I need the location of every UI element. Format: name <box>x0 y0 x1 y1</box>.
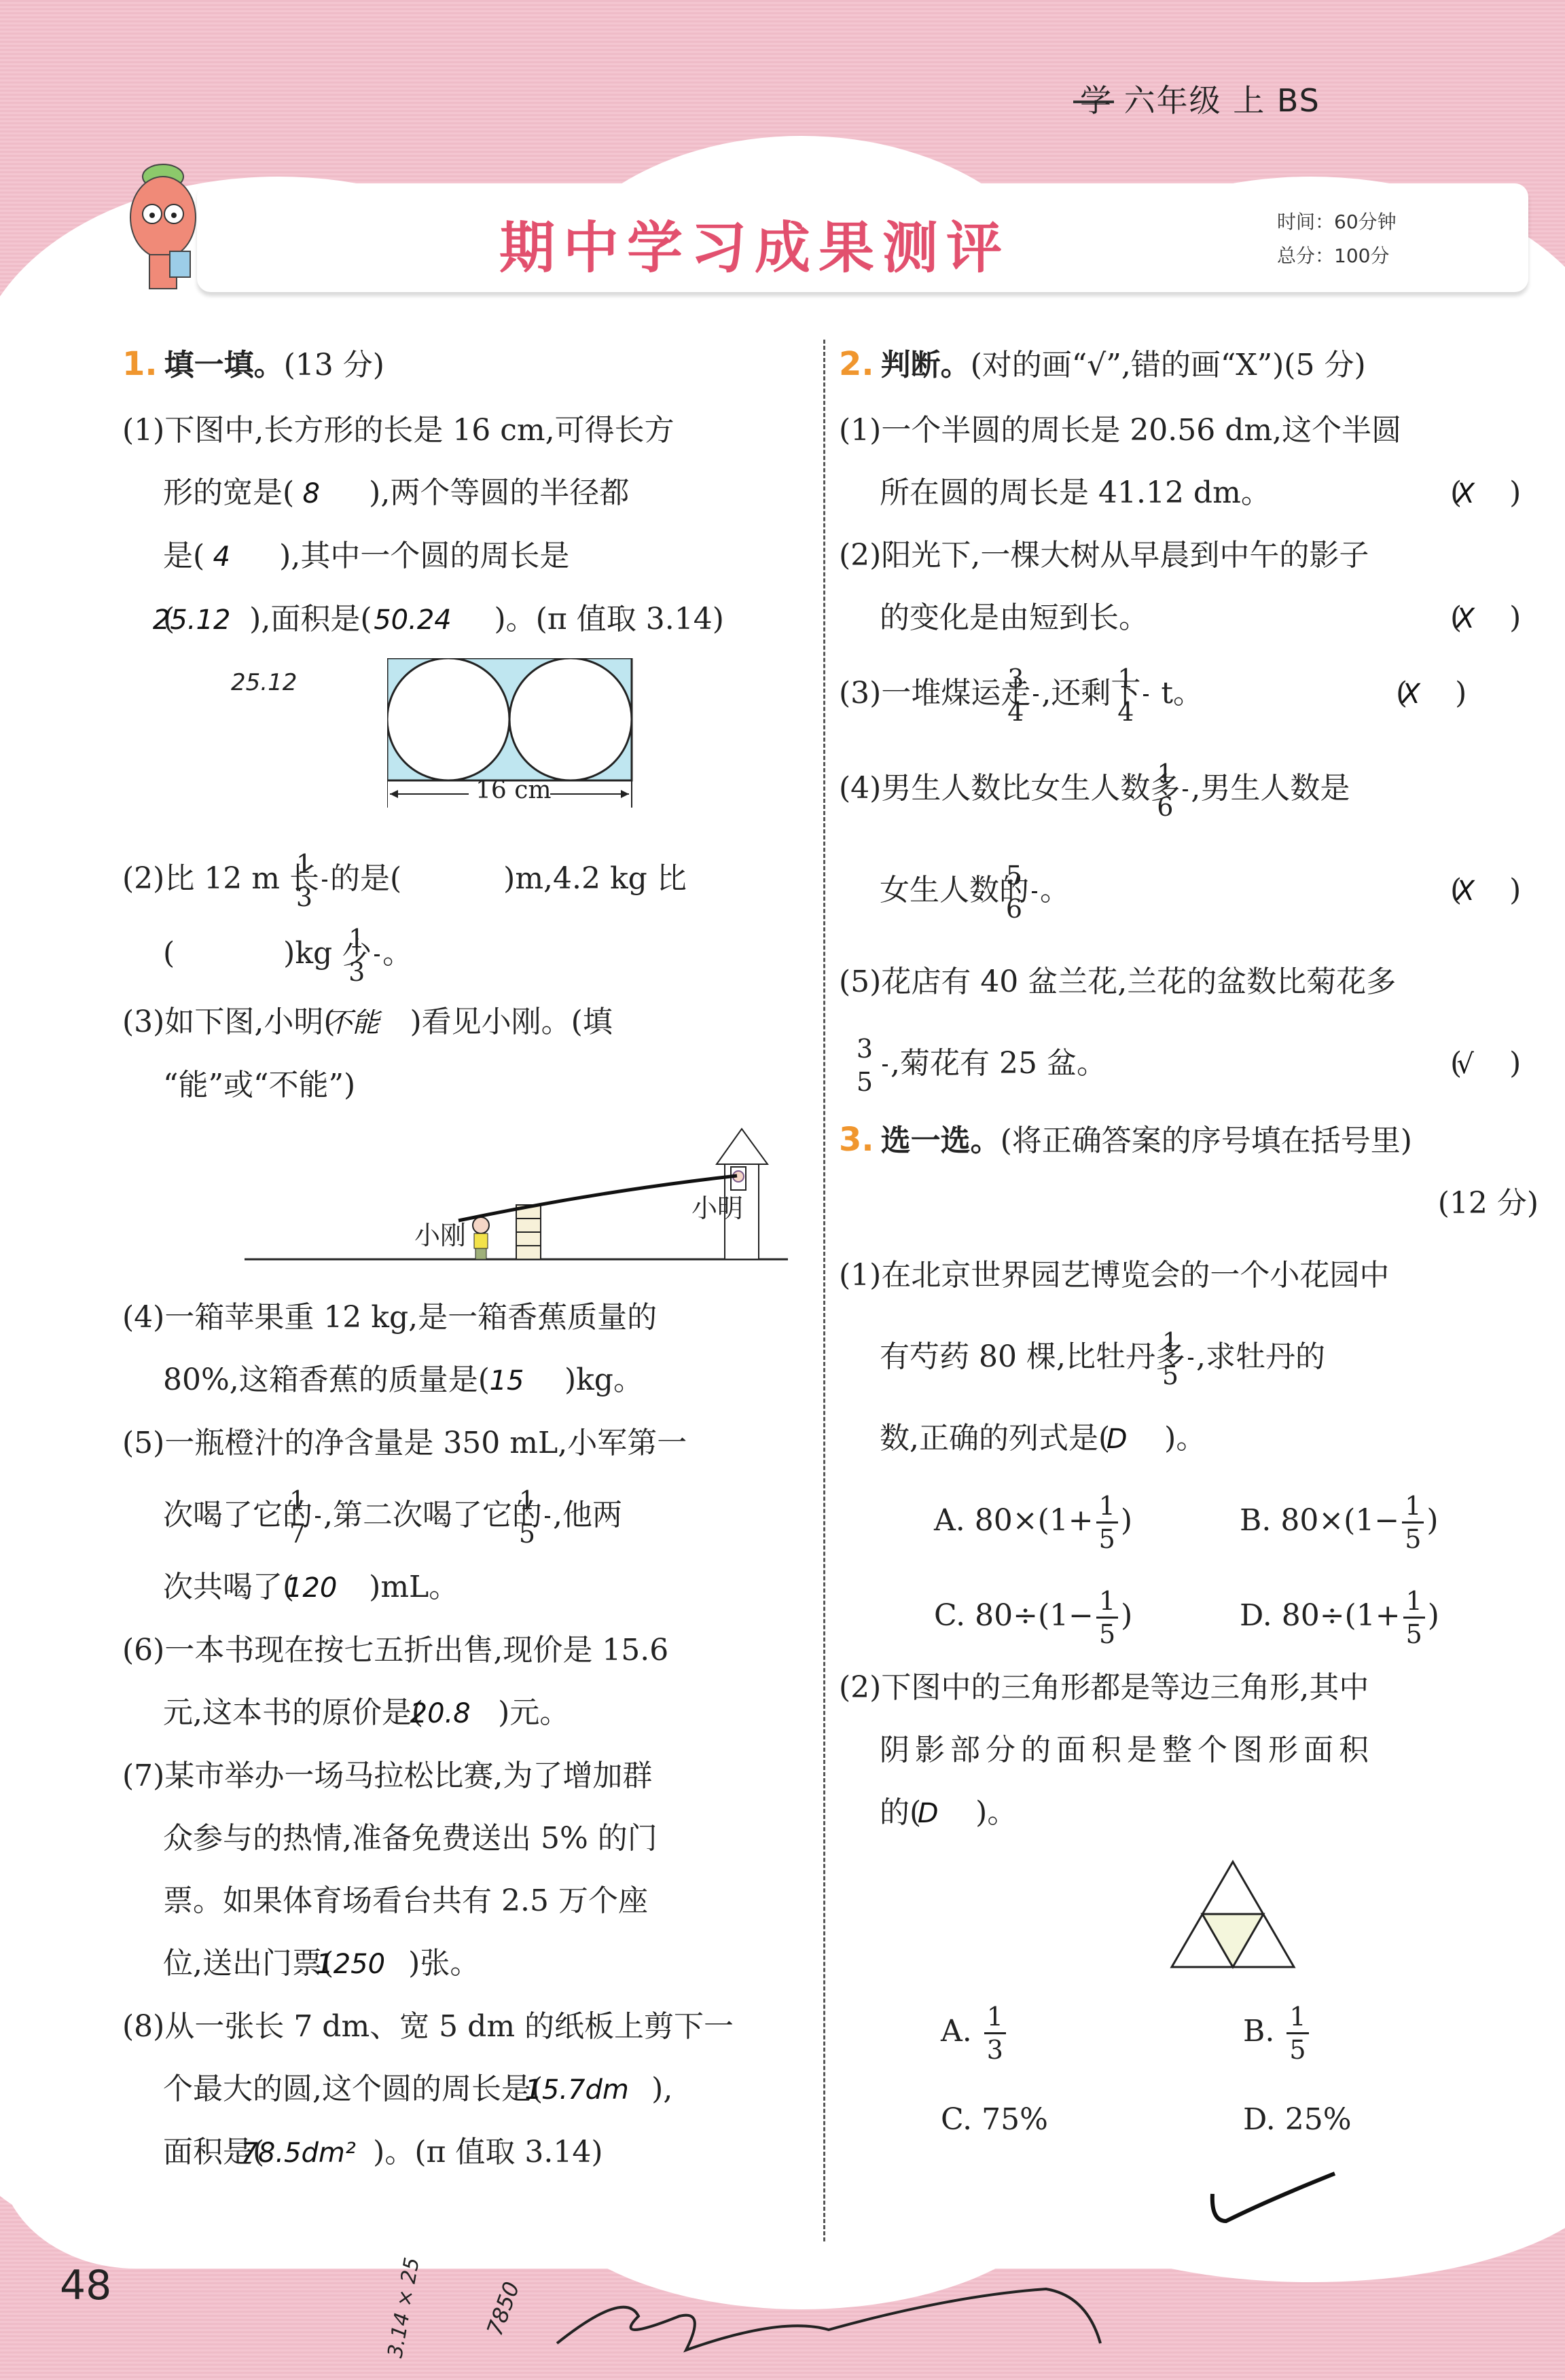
numerator: 1 <box>1096 1490 1118 1523</box>
denominator: 3 <box>374 956 380 988</box>
question-1-2: (2)比 12 m 长13的是()m,4.2 kg 比 ()kg 少13。 <box>122 842 815 991</box>
fraction: 35 <box>882 1033 888 1098</box>
option-expr: 80÷(1+ <box>1282 1598 1401 1633</box>
judge-answer-box[interactable]: (X) <box>1491 840 1539 942</box>
column-divider <box>823 340 825 2241</box>
question-text: ,男生人数是 <box>1191 771 1350 806</box>
answer-circumference[interactable]: 25.12 <box>175 589 249 651</box>
judge-item-2: (2)阳光下,一棵大树从早晨到中午的影子 的变化是由短到长。(X) <box>839 524 1545 649</box>
numerator: 1 <box>374 923 380 956</box>
section-number: 2. <box>839 345 874 383</box>
answer-banana-weight[interactable]: 15 <box>490 1350 564 1412</box>
numerator: 1 <box>1143 663 1149 696</box>
question-text: )张。 <box>408 1946 480 1981</box>
option-key: C. <box>941 2102 972 2137</box>
fraction: 56 <box>1032 860 1037 924</box>
section-1-heading: 1.填一填。(13 分) <box>122 333 815 397</box>
question-text: 有芍药 80 棵,比牡丹多 <box>880 1339 1185 1374</box>
question-text: 80%,这箱香蕉的质量是( <box>163 1363 490 1397</box>
scribble-mark <box>543 2269 1155 2364</box>
option-a[interactable]: A. 13 <box>941 1994 1243 2069</box>
question-text: 一本书现在按七五折出售,现价是 15.6 <box>164 1633 668 1667</box>
option-key: A. <box>934 1503 965 1538</box>
question-text: 花店有 40 盆兰花,兰花的盆数比菊花多 <box>881 964 1396 999</box>
judge-mark: X <box>1462 588 1509 650</box>
question-text: 下图中的三角形都是等边三角形,其中 <box>881 1670 1369 1705</box>
question-1-8: (8)从一张长 7 dm、宽 5 dm 的纸板上剪下一 个最大的圆,这个圆的周长… <box>122 1996 815 2184</box>
fraction: 16 <box>1183 758 1188 823</box>
judge-answer-box[interactable]: (X) <box>1491 462 1539 525</box>
question-label: (5) <box>122 1426 164 1460</box>
answer-original-price[interactable]: 20.8 <box>423 1682 498 1745</box>
equilateral-triangles-diagram <box>1165 1858 1301 1981</box>
question-label: (6) <box>122 1633 164 1667</box>
question-text: ,他两 <box>553 1498 622 1532</box>
fraction: 15 <box>1188 1327 1193 1391</box>
section-3-heading: 3.选一选。(将正确答案的序号填在括号里) <box>839 1108 1545 1172</box>
question-label: (3) <box>839 676 881 710</box>
section-judge-and-choose: 2.判断。(对的画“√”,错的画“X”)(5 分) (1)一个半圆的周长是 20… <box>839 333 1545 2157</box>
option-a[interactable]: A. 80×(1+15) <box>934 1480 1240 1562</box>
option-key: B. <box>1240 1503 1271 1538</box>
numerator: 1 <box>1096 1585 1118 1619</box>
handwritten-note: 25.12 <box>231 651 297 714</box>
question-text: 次共喝了( <box>163 1570 294 1604</box>
question-1-5: (5)一瓶橙汁的净含量是 350 mL,小军第一 次喝了它的17,第二次喝了它的… <box>122 1412 815 1619</box>
fraction: 34 <box>1033 663 1039 727</box>
question-text: 如下图,小明( <box>164 1005 335 1039</box>
answer-can-see[interactable]: 不能 <box>335 992 410 1054</box>
option-d[interactable]: D. 25% <box>1243 2082 1545 2157</box>
question-text: )元。 <box>498 1695 569 1730</box>
total-score: 总分：100分 <box>1277 239 1397 273</box>
check-mark-icon <box>1206 2167 1342 2228</box>
numerator: 1 <box>545 1485 550 1518</box>
label-xiaoming: 小明 <box>691 1191 743 1225</box>
option-c[interactable]: C. 75% <box>941 2082 1243 2157</box>
denominator: 5 <box>882 1066 888 1098</box>
numerator: 3 <box>882 1033 888 1066</box>
judge-item-1: (1)一个半圆的周长是 20.56 dm,这个半圆 所在圆的周长是 41.12 … <box>839 399 1545 524</box>
question-text: 男生人数比女生人数多 <box>881 771 1180 806</box>
section-points: (13 分) <box>284 348 384 382</box>
option-expr: ) <box>1121 1598 1132 1633</box>
section-3-points: (12 分) <box>839 1172 1545 1235</box>
question-label: (2) <box>839 1670 881 1705</box>
question-text: 数,正确的列式是( <box>880 1421 1110 1456</box>
question-text: )。 <box>975 1795 1017 1830</box>
choice-question-1: (1)在北京世界园艺博览会的一个小花园中 有芍药 80 棵,比牡丹多15,求牡丹… <box>839 1235 1545 1480</box>
section-2-heading: 2.判断。(对的画“√”,错的画“X”)(5 分) <box>839 333 1545 397</box>
judge-answer-box[interactable]: (X) <box>1491 587 1539 650</box>
section-title: 判断。 <box>881 348 971 382</box>
numerator: 3 <box>1033 663 1039 696</box>
denominator: 5 <box>1402 1523 1424 1555</box>
choice-question-2: (2)下图中的三角形都是等边三角形,其中 阴影部分的面积是整个图形面积 的(D)… <box>839 1657 1545 1845</box>
choice-options-1: A. 80×(1+15) B. 80×(1−15) C. 80÷(1−15) D… <box>839 1480 1545 1657</box>
question-label: (3) <box>122 1005 164 1039</box>
fraction: 15 <box>1403 1585 1425 1650</box>
answer-area[interactable]: 50.24 <box>372 589 494 651</box>
question-text: 个最大的圆,这个圆的周长是( <box>163 2072 543 2106</box>
option-expr: 80×(1− <box>1280 1503 1399 1538</box>
question-text: 票。如果体育场看台共有 2.5 万个座 <box>163 1883 648 1918</box>
exam-meta: 时间：60分钟 总分：100分 <box>1277 205 1397 273</box>
question-text: ), <box>651 2072 672 2106</box>
judge-item-4: (4)男生人数比女生人数多16,男生人数是 女生人数的56。(X) <box>839 738 1545 941</box>
section-number: 1. <box>122 345 158 383</box>
fraction: 15 <box>1287 2001 1308 2066</box>
section-title: 填一填。 <box>164 348 284 382</box>
question-text: ,第二次喝了它的 <box>323 1498 542 1532</box>
denominator: 5 <box>1096 1619 1118 1650</box>
two-circles-figure: 25.12 16 cm <box>122 658 815 835</box>
question-text: )。(π 值取 3.14) <box>494 602 724 636</box>
option-key: C. <box>934 1598 965 1633</box>
section-instructions: (对的画“√”,错的画“X”)(5 分) <box>971 348 1366 382</box>
denominator: 5 <box>1188 1360 1193 1391</box>
question-1-7: (7)某市举办一场马拉松比赛,为了增加群 众参与的热情,准备免费送出 5% 的门… <box>122 1745 815 1996</box>
question-text: 众参与的热情,准备免费送出 5% 的门 <box>163 1821 658 1856</box>
question-text: 某市举办一场马拉松比赛,为了增加群 <box>164 1759 652 1793</box>
numerator: 5 <box>1032 860 1037 893</box>
option-d[interactable]: D. 80÷(1+15) <box>1240 1575 1545 1657</box>
question-text: )。 <box>1164 1421 1206 1456</box>
judge-item-3: (3)一堆煤运走34,还剩下14 t。(X) <box>839 649 1545 738</box>
fraction: 14 <box>1143 663 1149 727</box>
option-b[interactable]: B. 80×(1−15) <box>1240 1480 1545 1562</box>
question-text: “能”或“不能”) <box>163 1068 355 1102</box>
question-text: t。 <box>1151 676 1203 710</box>
numerator: 1 <box>322 848 327 882</box>
judge-mark: X <box>1462 840 1509 942</box>
judge-item-5: (5)花店有 40 盆兰花,兰花的盆数比菊花多 35,菊花有 25 盆。(√) <box>839 941 1545 1104</box>
judge-answer-box[interactable]: (√) <box>1491 1023 1539 1105</box>
dimension-label: 16 cm <box>475 774 552 808</box>
question-text: )kg。 <box>564 1363 643 1397</box>
question-label: (8) <box>122 2009 164 2044</box>
fraction: 13 <box>374 923 380 988</box>
option-value: 75% <box>982 2102 1048 2137</box>
option-expr: ) <box>1428 1598 1439 1633</box>
option-key: D. <box>1240 1598 1272 1633</box>
fraction: 13 <box>984 2001 1006 2066</box>
option-key: D. <box>1243 2102 1276 2137</box>
answer-tickets[interactable]: 1250 <box>334 1933 408 1996</box>
question-text: 。 <box>1040 873 1070 907</box>
question-label: (1) <box>839 1258 881 1293</box>
numerator: 1 <box>1287 2001 1308 2034</box>
option-key: A. <box>941 2014 972 2049</box>
section-title: 选一选。 <box>881 1123 1001 1158</box>
grade-label: 学 六年级 上 BS <box>1080 76 1320 121</box>
question-label: (1) <box>839 413 881 448</box>
option-expr: ) <box>1426 1503 1438 1538</box>
option-c[interactable]: C. 80÷(1−15) <box>934 1575 1240 1657</box>
option-expr: ) <box>1121 1503 1132 1538</box>
question-label: (4) <box>839 771 881 806</box>
question-1-6: (6)一本书现在按七五折出售,现价是 15.6 元,这本书的原价是(20.8)元… <box>122 1619 815 1745</box>
answer-width[interactable]: 8 <box>294 463 369 525</box>
judge-mark: X <box>1462 463 1509 525</box>
numerator: 1 <box>1403 1585 1425 1619</box>
question-text: )。(π 值取 3.14) <box>373 2135 602 2169</box>
question-label: (5) <box>839 964 881 999</box>
question-text: ( <box>163 936 175 971</box>
question-text: 从一张长 7 dm、宽 5 dm 的纸板上剪下一 <box>164 2009 734 2044</box>
denominator: 5 <box>1403 1619 1425 1650</box>
denominator: 4 <box>1143 696 1149 727</box>
choice-options-2: A. 13 B. 15 C. 75% D. 25% <box>839 1994 1545 2157</box>
option-key: B. <box>1243 2014 1274 2049</box>
question-text: 所在圆的周长是 41.12 dm。 <box>880 475 1271 510</box>
question-text: 一个半圆的周长是 20.56 dm,这个半圆 <box>881 413 1401 448</box>
question-label: (2) <box>839 538 881 573</box>
strawberry-mascot-icon <box>122 149 204 299</box>
triangle-figure <box>839 1852 1545 1987</box>
question-label: (1) <box>122 413 164 448</box>
question-text: 的变化是由短到长。 <box>880 600 1149 635</box>
question-text: 是( <box>163 539 204 573</box>
question-text: 下图中,长方形的长是 16 cm,可得长方 <box>164 413 674 448</box>
denominator: 4 <box>1033 696 1039 727</box>
question-1-1: (1)下图中,长方形的长是 16 cm,可得长方 形的宽是(8),两个等圆的半径… <box>122 399 815 651</box>
denominator: 5 <box>1287 2034 1308 2066</box>
fraction: 13 <box>322 848 327 913</box>
section-number: 3. <box>839 1121 874 1159</box>
judge-answer-box[interactable]: (X) <box>1437 649 1484 738</box>
fraction: 15 <box>1096 1585 1118 1650</box>
judge-mark: √ <box>1462 1024 1509 1105</box>
page-title: 期中学习成果测评 <box>499 204 1010 283</box>
question-text: ,菊花有 25 盆。 <box>891 1046 1107 1081</box>
option-expr: 80÷(1− <box>975 1598 1094 1633</box>
question-text: 阳光下,一棵大树从早晨到中午的影子 <box>881 538 1369 573</box>
answer-circle-circumference[interactable]: 15.7dm <box>543 2059 651 2121</box>
question-text: 。 <box>382 936 412 971</box>
denominator: 5 <box>1096 1523 1118 1555</box>
fraction: 15 <box>1096 1490 1118 1555</box>
judge-mark: X <box>1407 650 1455 738</box>
option-expr: 80×(1+ <box>975 1503 1094 1538</box>
numerator: 1 <box>1183 758 1188 791</box>
time-limit: 时间：60分钟 <box>1277 205 1397 239</box>
denominator: 6 <box>1032 893 1037 924</box>
answer-circle-area[interactable]: 78.5dm² <box>264 2122 373 2184</box>
numerator: 1 <box>984 2001 1006 2034</box>
page-number: 48 <box>60 2262 111 2309</box>
option-value: 25% <box>1285 2102 1352 2137</box>
answer-juice-volume[interactable]: 120 <box>294 1557 369 1619</box>
question-text: 在北京世界园艺博览会的一个小花园中 <box>881 1258 1389 1293</box>
fraction: 17 <box>315 1485 321 1549</box>
question-text: 形的宽是( <box>163 475 294 510</box>
line-of-sight-figure: 小刚 小明 <box>122 1123 815 1280</box>
question-text: 一箱苹果重 12 kg,是一箱香蕉质量的 <box>164 1300 657 1335</box>
section-fill-in: 1.填一填。(13 分) (1)下图中,长方形的长是 16 cm,可得长方 形的… <box>122 333 815 2184</box>
question-text: )mL。 <box>369 1570 458 1604</box>
question-text: )看见小刚。(填 <box>410 1005 612 1039</box>
question-1-3: (3)如下图,小明(不能)看见小刚。(填 “能”或“不能”) <box>122 991 815 1117</box>
question-text: 位,送出门票( <box>163 1946 334 1981</box>
answer-choice[interactable]: D <box>921 1782 975 1845</box>
question-text: 一瓶橙汁的净含量是 350 mL,小军第一 <box>164 1426 687 1460</box>
option-b[interactable]: B. 15 <box>1243 1994 1545 2069</box>
question-text: 的( <box>880 1795 921 1830</box>
question-text: 元,这本书的原价是( <box>163 1695 423 1730</box>
denominator: 3 <box>984 2034 1006 2066</box>
question-label: (2) <box>122 861 164 896</box>
answer-radius[interactable]: 4 <box>204 526 279 588</box>
question-text: )m,4.2 kg 比 <box>503 861 687 896</box>
answer-choice[interactable]: D <box>1110 1399 1164 1480</box>
denominator: 3 <box>322 882 327 913</box>
numerator: 1 <box>1188 1327 1193 1360</box>
fraction: 15 <box>545 1485 550 1549</box>
fraction: 15 <box>1402 1490 1424 1555</box>
question-text: 阴影部分的面积是整个图形面积 <box>880 1733 1374 1767</box>
denominator: 7 <box>315 1518 321 1549</box>
question-label: (4) <box>122 1300 164 1335</box>
question-text: ,求牡丹的 <box>1196 1339 1325 1374</box>
question-text: ),其中一个圆的周长是 <box>279 539 569 573</box>
numerator: 1 <box>315 1485 321 1518</box>
denominator: 5 <box>545 1518 550 1549</box>
question-text: ),面积是( <box>249 602 372 636</box>
label-xiaogang: 小刚 <box>414 1219 466 1252</box>
denominator: 6 <box>1183 791 1188 823</box>
question-1-4: (4)一箱苹果重 12 kg,是一箱香蕉质量的 80%,这箱香蕉的质量是(15)… <box>122 1286 815 1412</box>
numerator: 1 <box>1402 1490 1424 1523</box>
question-label: (7) <box>122 1759 164 1793</box>
question-text: 的是( <box>330 861 401 896</box>
section-instructions: (将正确答案的序号填在括号里) <box>1001 1123 1412 1158</box>
question-text: ),两个等圆的半径都 <box>369 475 629 510</box>
